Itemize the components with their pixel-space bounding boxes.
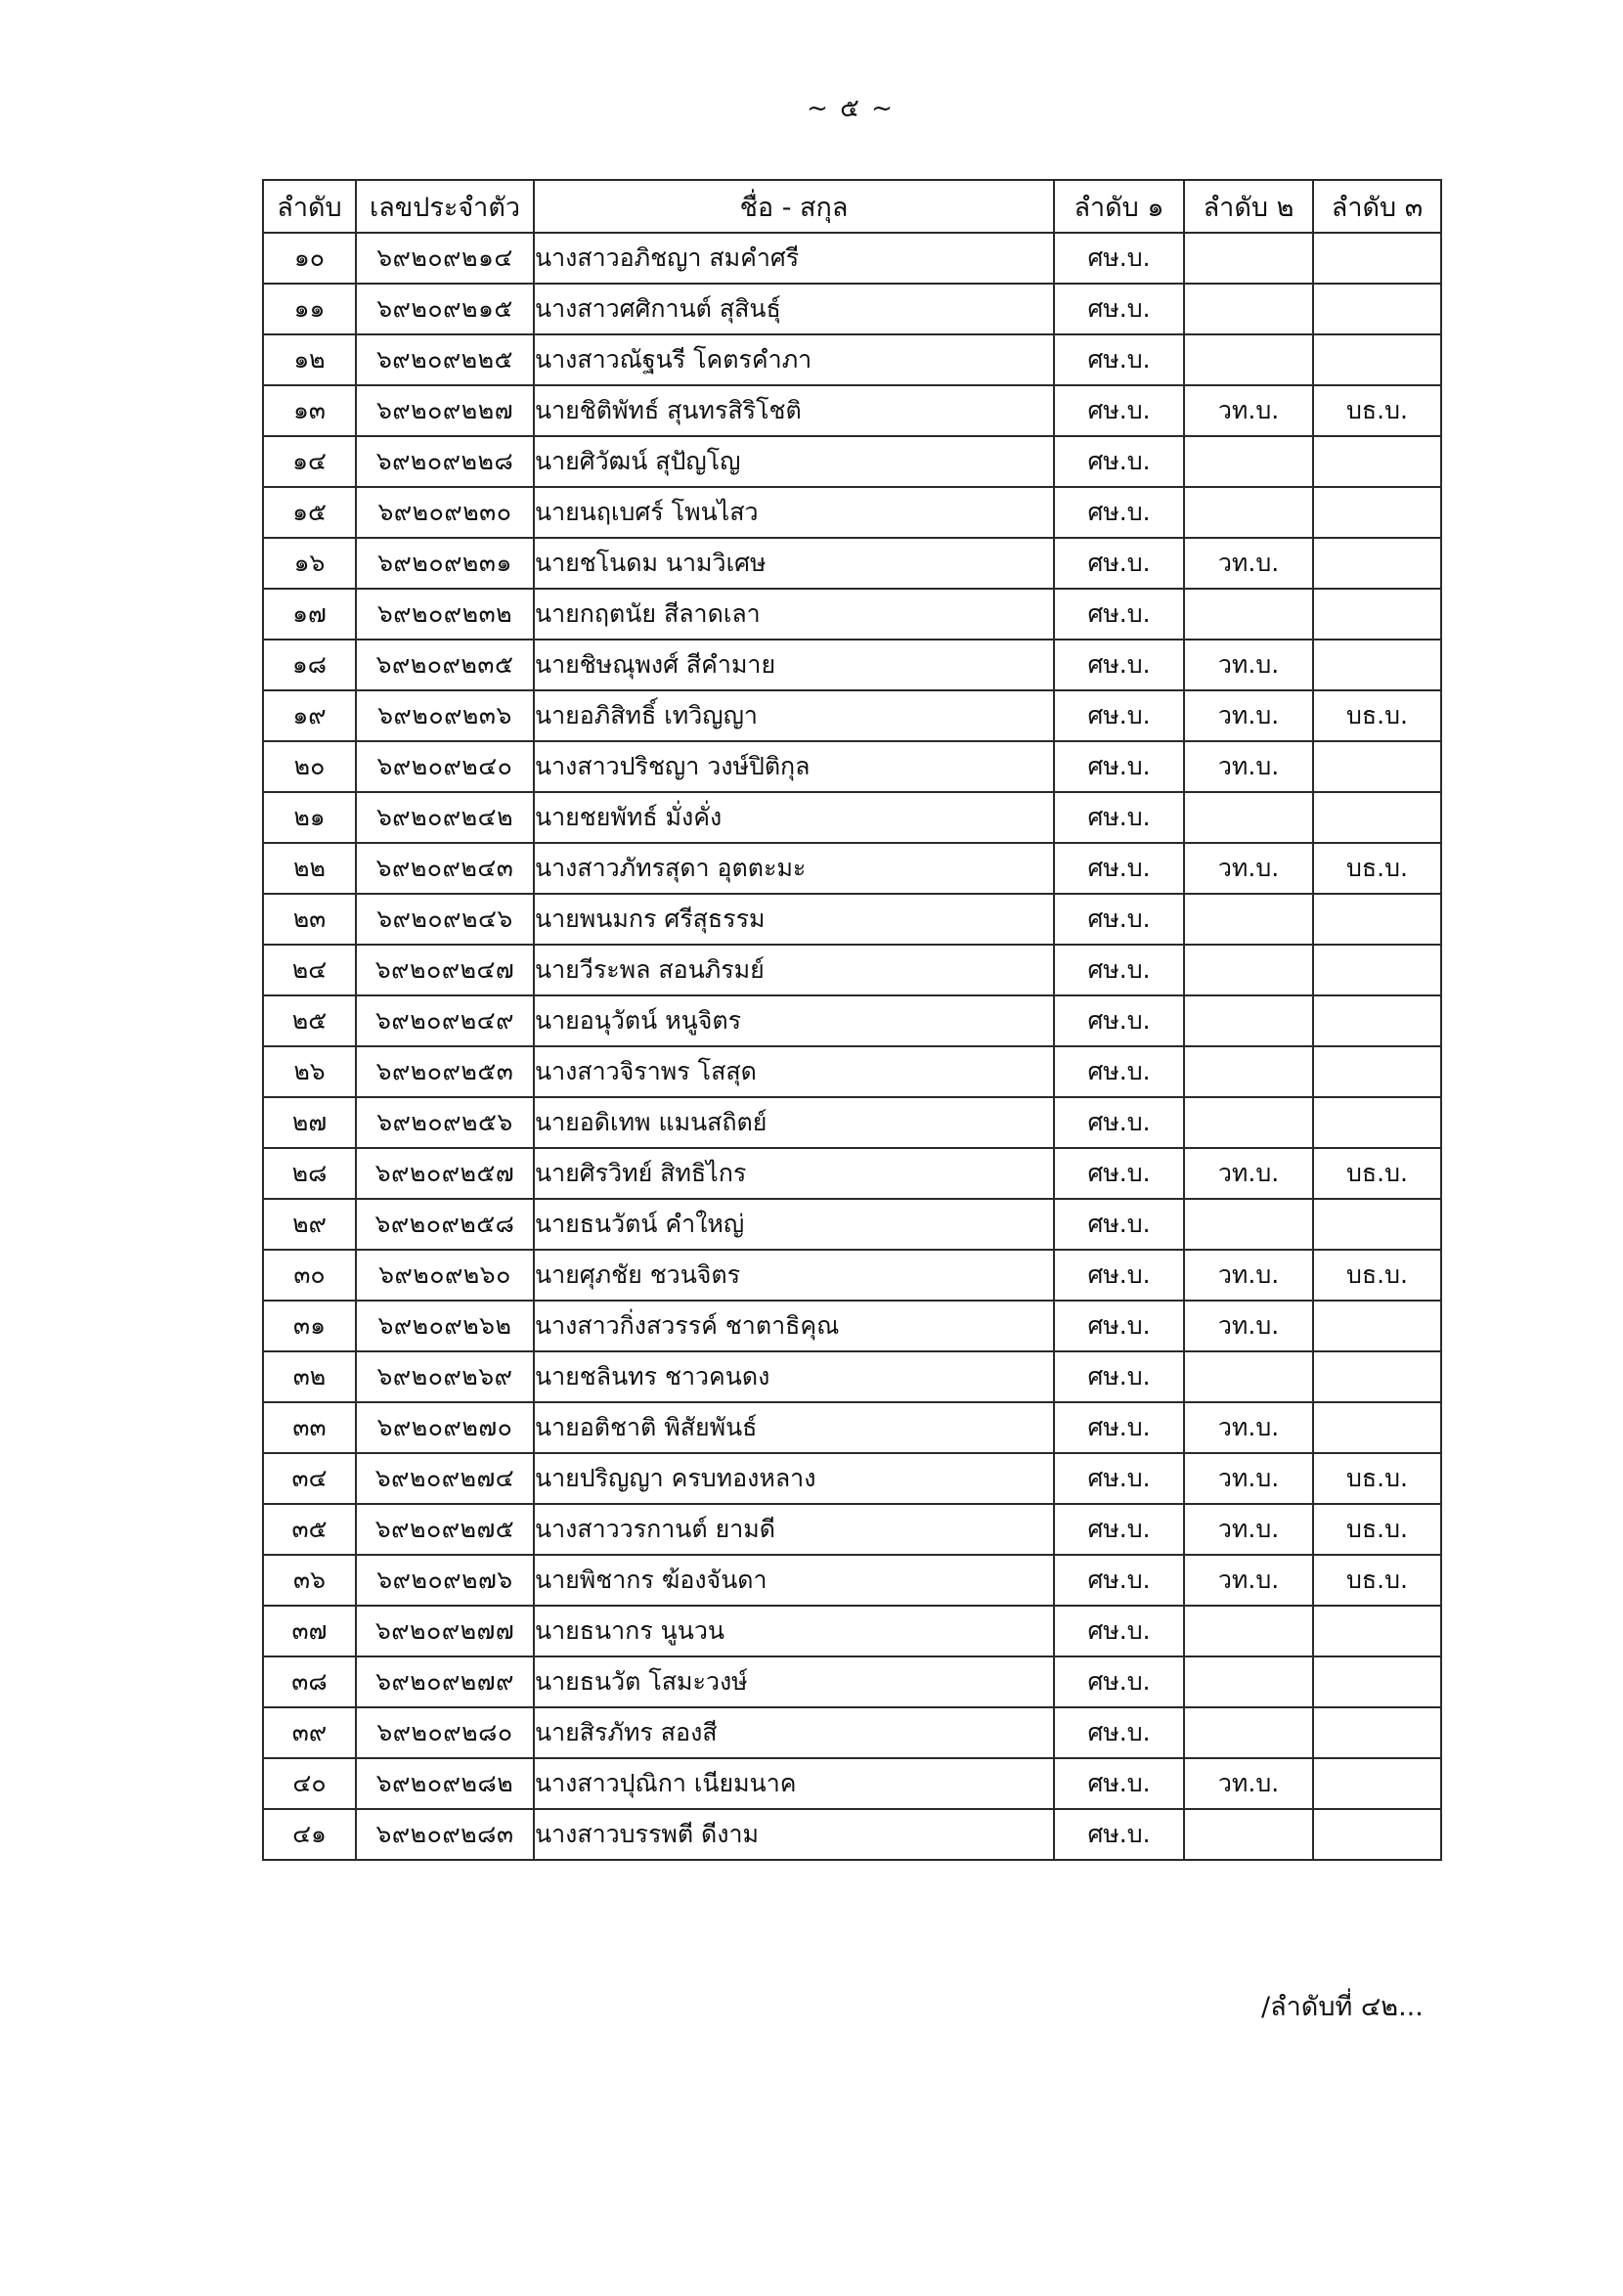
cell-rank-2 [1184, 894, 1313, 945]
cell-student-id: ๖๙๒๐๙๒๘๓ [356, 1809, 534, 1860]
cell-rank-2 [1184, 233, 1313, 284]
cell-rank-1: ศษ.บ. [1054, 1656, 1184, 1707]
header-student-id: เลขประจำตัว [356, 180, 534, 233]
table-row: ๒๔๖๙๒๐๙๒๔๗นายวีระพล สอนภิรมย์ศษ.บ. [263, 945, 1441, 995]
cell-rank-1: ศษ.บ. [1054, 1351, 1184, 1402]
cell-rank-1: ศษ.บ. [1054, 995, 1184, 1046]
cell-full-name: นายพิชากร ฆ้องจันดา [534, 1555, 1054, 1606]
cell-full-name: นายศุภชัย ชวนจิตร [534, 1250, 1054, 1301]
cell-student-id: ๖๙๒๐๙๒๔๗ [356, 945, 534, 995]
cell-rank-3 [1313, 284, 1441, 334]
cell-student-id: ๖๙๒๐๙๒๓๕ [356, 640, 534, 690]
cell-rank-1: ศษ.บ. [1054, 334, 1184, 385]
cell-student-id: ๖๙๒๐๙๒๑๕ [356, 284, 534, 334]
cell-rank-3 [1313, 538, 1441, 589]
cell-order: ๓๘ [263, 1656, 356, 1707]
cell-student-id: ๖๙๒๐๙๒๔๒ [356, 792, 534, 843]
table-row: ๑๑๖๙๒๐๙๒๑๕นางสาวศศิกานต์ สุสินธุ์ศษ.บ. [263, 284, 1441, 334]
cell-rank-2: วท.บ. [1184, 538, 1313, 589]
cell-full-name: นางสาวณัฐนรี โคตรคำภา [534, 334, 1054, 385]
cell-rank-1: ศษ.บ. [1054, 589, 1184, 640]
cell-student-id: ๖๙๒๐๙๒๒๕ [356, 334, 534, 385]
cell-order: ๒๐ [263, 741, 356, 792]
cell-full-name: นางสาววรกานต์ ยามดี [534, 1504, 1054, 1555]
cell-full-name: นายอภิสิทธิ์ เทวิญญา [534, 690, 1054, 741]
cell-full-name: นางสาวภัทรสุดา อุตตะมะ [534, 843, 1054, 894]
page-number: ~ ๕ ~ [753, 88, 948, 128]
table-row: ๒๐๖๙๒๐๙๒๔๐นางสาวปริชญา วงษ์ปิติกุลศษ.บ.ว… [263, 741, 1441, 792]
cell-full-name: นายธนากร นูนวน [534, 1606, 1054, 1656]
cell-rank-1: ศษ.บ. [1054, 1148, 1184, 1199]
cell-rank-1: ศษ.บ. [1054, 284, 1184, 334]
cell-rank-2: วท.บ. [1184, 1504, 1313, 1555]
cell-rank-2 [1184, 1656, 1313, 1707]
cell-rank-2 [1184, 1809, 1313, 1860]
cell-student-id: ๖๙๒๐๙๒๕๖ [356, 1097, 534, 1148]
cell-student-id: ๖๙๒๐๙๒๔๓ [356, 843, 534, 894]
cell-order: ๓๒ [263, 1351, 356, 1402]
cell-order: ๓๙ [263, 1707, 356, 1758]
cell-order: ๓๕ [263, 1504, 356, 1555]
table-row: ๔๑๖๙๒๐๙๒๘๓นางสาวบรรพตี ดีงามศษ.บ. [263, 1809, 1441, 1860]
cell-rank-2 [1184, 1707, 1313, 1758]
cell-rank-3 [1313, 1656, 1441, 1707]
cell-rank-2 [1184, 334, 1313, 385]
cell-student-id: ๖๙๒๐๙๒๕๓ [356, 1046, 534, 1097]
cell-rank-1: ศษ.บ. [1054, 945, 1184, 995]
table-row: ๒๖๖๙๒๐๙๒๕๓นางสาวจิราพร โสสุดศษ.บ. [263, 1046, 1441, 1097]
cell-rank-1: ศษ.บ. [1054, 894, 1184, 945]
cell-rank-3 [1313, 589, 1441, 640]
cell-student-id: ๖๙๒๐๙๒๔๙ [356, 995, 534, 1046]
table-row: ๒๑๖๙๒๐๙๒๔๒นายชยพัทธ์ มั่งคั่งศษ.บ. [263, 792, 1441, 843]
table-row: ๑๒๖๙๒๐๙๒๒๕นางสาวณัฐนรี โคตรคำภาศษ.บ. [263, 334, 1441, 385]
header-full-name: ชื่อ - สกุล [534, 180, 1054, 233]
student-roster-table: ลำดับ เลขประจำตัว ชื่อ - สกุล ลำดับ ๑ ลำ… [262, 179, 1442, 1861]
cell-order: ๓๗ [263, 1606, 356, 1656]
cell-rank-3 [1313, 1707, 1441, 1758]
cell-rank-1: ศษ.บ. [1054, 1758, 1184, 1809]
cell-student-id: ๖๙๒๐๙๒๖๐ [356, 1250, 534, 1301]
cell-student-id: ๖๙๒๐๙๒๖๒ [356, 1301, 534, 1351]
header-row: ลำดับ เลขประจำตัว ชื่อ - สกุล ลำดับ ๑ ลำ… [263, 180, 1441, 233]
cell-rank-2 [1184, 945, 1313, 995]
cell-student-id: ๖๙๒๐๙๒๒๘ [356, 436, 534, 487]
cell-full-name: นายกฤตนัย สีลาดเลา [534, 589, 1054, 640]
cell-order: ๓๓ [263, 1402, 356, 1453]
cell-rank-2: วท.บ. [1184, 1250, 1313, 1301]
cell-full-name: นายอติชาติ พิสัยพันธ์ [534, 1402, 1054, 1453]
cell-rank-1: ศษ.บ. [1054, 1555, 1184, 1606]
cell-full-name: นายอดิเทพ แมนสถิตย์ [534, 1097, 1054, 1148]
cell-rank-1: ศษ.บ. [1054, 233, 1184, 284]
cell-order: ๒๙ [263, 1199, 356, 1250]
cell-order: ๒๕ [263, 995, 356, 1046]
cell-rank-3 [1313, 1809, 1441, 1860]
cell-order: ๑๕ [263, 487, 356, 538]
cell-full-name: นายชยพัทธ์ มั่งคั่ง [534, 792, 1054, 843]
cell-student-id: ๖๙๒๐๙๒๘๐ [356, 1707, 534, 1758]
cell-rank-3 [1313, 1402, 1441, 1453]
cell-rank-3 [1313, 1758, 1441, 1809]
cell-order: ๒๔ [263, 945, 356, 995]
cell-rank-3 [1313, 640, 1441, 690]
cell-student-id: ๖๙๒๐๙๒๑๔ [356, 233, 534, 284]
cell-rank-2: วท.บ. [1184, 1758, 1313, 1809]
table-row: ๔๐๖๙๒๐๙๒๘๒นางสาวปุณิกา เนียมนาคศษ.บ.วท.บ… [263, 1758, 1441, 1809]
cell-order: ๒๖ [263, 1046, 356, 1097]
cell-rank-3: บธ.บ. [1313, 1555, 1441, 1606]
table-row: ๒๓๖๙๒๐๙๒๔๖นายพนมกร ศรีสุธรรมศษ.บ. [263, 894, 1441, 945]
table-row: ๓๔๖๙๒๐๙๒๗๔นายปริญญา ครบทองหลางศษ.บ.วท.บ.… [263, 1453, 1441, 1504]
cell-rank-2: วท.บ. [1184, 1555, 1313, 1606]
cell-full-name: นายอนุวัตน์ หนูจิตร [534, 995, 1054, 1046]
cell-rank-1: ศษ.บ. [1054, 538, 1184, 589]
table-row: ๓๖๖๙๒๐๙๒๗๖นายพิชากร ฆ้องจันดาศษ.บ.วท.บ.บ… [263, 1555, 1441, 1606]
table-row: ๓๘๖๙๒๐๙๒๗๙นายธนวัต โสมะวงษ์ศษ.บ. [263, 1656, 1441, 1707]
cell-order: ๔๐ [263, 1758, 356, 1809]
cell-rank-1: ศษ.บ. [1054, 436, 1184, 487]
cell-rank-3 [1313, 894, 1441, 945]
cell-rank-2: วท.บ. [1184, 690, 1313, 741]
cell-full-name: นางสาวกิ่งสวรรค์ ชาตาธิคุณ [534, 1301, 1054, 1351]
cell-rank-3 [1313, 1199, 1441, 1250]
cell-full-name: นายศิวัฒน์ สุปัญโญ [534, 436, 1054, 487]
cell-order: ๒๘ [263, 1148, 356, 1199]
cell-rank-2 [1184, 1606, 1313, 1656]
cell-rank-1: ศษ.บ. [1054, 690, 1184, 741]
cell-order: ๒๓ [263, 894, 356, 945]
table-row: ๒๕๖๙๒๐๙๒๔๙นายอนุวัตน์ หนูจิตรศษ.บ. [263, 995, 1441, 1046]
cell-order: ๓๑ [263, 1301, 356, 1351]
cell-rank-2 [1184, 995, 1313, 1046]
cell-rank-3: บธ.บ. [1313, 690, 1441, 741]
cell-student-id: ๖๙๒๐๙๒๘๒ [356, 1758, 534, 1809]
cell-order: ๔๑ [263, 1809, 356, 1860]
cell-student-id: ๖๙๒๐๙๒๗๐ [356, 1402, 534, 1453]
cell-rank-1: ศษ.บ. [1054, 1199, 1184, 1250]
header-rank-2: ลำดับ ๒ [1184, 180, 1313, 233]
cell-rank-3 [1313, 233, 1441, 284]
cell-rank-2 [1184, 1351, 1313, 1402]
cell-rank-3 [1313, 1301, 1441, 1351]
cell-full-name: นายชิษณุพงศ์ สีคำมาย [534, 640, 1054, 690]
cell-rank-2: วท.บ. [1184, 385, 1313, 436]
cell-rank-1: ศษ.บ. [1054, 1707, 1184, 1758]
cell-rank-2 [1184, 487, 1313, 538]
cell-full-name: นางสาวจิราพร โสสุด [534, 1046, 1054, 1097]
table-row: ๑๗๖๙๒๐๙๒๓๒นายกฤตนัย สีลาดเลาศษ.บ. [263, 589, 1441, 640]
cell-order: ๑๐ [263, 233, 356, 284]
cell-student-id: ๖๙๒๐๙๒๕๗ [356, 1148, 534, 1199]
cell-order: ๑๓ [263, 385, 356, 436]
cell-rank-1: ศษ.บ. [1054, 1301, 1184, 1351]
cell-student-id: ๖๙๒๐๙๒๗๔ [356, 1453, 534, 1504]
header-rank-1: ลำดับ ๑ [1054, 180, 1184, 233]
cell-full-name: นายพนมกร ศรีสุธรรม [534, 894, 1054, 945]
cell-rank-2 [1184, 589, 1313, 640]
cell-rank-2: วท.บ. [1184, 1453, 1313, 1504]
cell-student-id: ๖๙๒๐๙๒๒๗ [356, 385, 534, 436]
cell-order: ๑๑ [263, 284, 356, 334]
cell-order: ๑๙ [263, 690, 356, 741]
header-order: ลำดับ [263, 180, 356, 233]
cell-order: ๓๐ [263, 1250, 356, 1301]
cell-rank-3 [1313, 1046, 1441, 1097]
cell-full-name: นายนฤเบศร์ โพนไสว [534, 487, 1054, 538]
table-row: ๒๒๖๙๒๐๙๒๔๓นางสาวภัทรสุดา อุตตะมะศษ.บ.วท.… [263, 843, 1441, 894]
table-row: ๑๘๖๙๒๐๙๒๓๕นายชิษณุพงศ์ สีคำมายศษ.บ.วท.บ. [263, 640, 1441, 690]
cell-order: ๒๗ [263, 1097, 356, 1148]
cell-rank-3: บธ.บ. [1313, 1250, 1441, 1301]
table-row: ๓๐๖๙๒๐๙๒๖๐นายศุภชัย ชวนจิตรศษ.บ.วท.บ.บธ.… [263, 1250, 1441, 1301]
cell-rank-1: ศษ.บ. [1054, 1809, 1184, 1860]
cell-order: ๑๗ [263, 589, 356, 640]
table-row: ๒๗๖๙๒๐๙๒๕๖นายอดิเทพ แมนสถิตย์ศษ.บ. [263, 1097, 1441, 1148]
cell-full-name: นางสาวปริชญา วงษ์ปิติกุล [534, 741, 1054, 792]
cell-order: ๑๔ [263, 436, 356, 487]
cell-rank-2 [1184, 1046, 1313, 1097]
cell-full-name: นางสาวศศิกานต์ สุสินธุ์ [534, 284, 1054, 334]
cell-rank-3 [1313, 792, 1441, 843]
cell-full-name: นางสาวอภิชญา สมคำศรี [534, 233, 1054, 284]
table-row: ๓๓๖๙๒๐๙๒๗๐นายอติชาติ พิสัยพันธ์ศษ.บ.วท.บ… [263, 1402, 1441, 1453]
cell-rank-1: ศษ.บ. [1054, 1453, 1184, 1504]
cell-rank-3 [1313, 1097, 1441, 1148]
cell-student-id: ๖๙๒๐๙๒๓๐ [356, 487, 534, 538]
cell-full-name: นายสิรภัทร สองสี [534, 1707, 1054, 1758]
cell-rank-1: ศษ.บ. [1054, 1606, 1184, 1656]
table-row: ๒๘๖๙๒๐๙๒๕๗นายศิรวิทย์ สิทธิไกรศษ.บ.วท.บ.… [263, 1148, 1441, 1199]
cell-order: ๑๒ [263, 334, 356, 385]
table-row: ๑๔๖๙๒๐๙๒๒๘นายศิวัฒน์ สุปัญโญศษ.บ. [263, 436, 1441, 487]
table-row: ๓๑๖๙๒๐๙๒๖๒นางสาวกิ่งสวรรค์ ชาตาธิคุณศษ.บ… [263, 1301, 1441, 1351]
header-rank-3: ลำดับ ๓ [1313, 180, 1441, 233]
cell-student-id: ๖๙๒๐๙๒๔๐ [356, 741, 534, 792]
cell-student-id: ๖๙๒๐๙๒๗๕ [356, 1504, 534, 1555]
cell-full-name: นายธนวัต โสมะวงษ์ [534, 1656, 1054, 1707]
cell-rank-3 [1313, 436, 1441, 487]
table-body: ๑๐๖๙๒๐๙๒๑๔นางสาวอภิชญา สมคำศรีศษ.บ.๑๑๖๙๒… [263, 233, 1441, 1860]
cell-full-name: นายชลินทร ชาวคนดง [534, 1351, 1054, 1402]
cell-rank-2: วท.บ. [1184, 1402, 1313, 1453]
cell-rank-3: บธ.บ. [1313, 1504, 1441, 1555]
cell-student-id: ๖๙๒๐๙๒๕๘ [356, 1199, 534, 1250]
cell-rank-1: ศษ.บ. [1054, 792, 1184, 843]
cell-rank-3: บธ.บ. [1313, 1148, 1441, 1199]
cell-student-id: ๖๙๒๐๙๒๗๖ [356, 1555, 534, 1606]
cell-student-id: ๖๙๒๐๙๒๗๗ [356, 1606, 534, 1656]
cell-rank-1: ศษ.บ. [1054, 741, 1184, 792]
table-row: ๓๙๖๙๒๐๙๒๘๐นายสิรภัทร สองสีศษ.บ. [263, 1707, 1441, 1758]
table-row: ๑๓๖๙๒๐๙๒๒๗นายชิติพัทธ์ สุนทรสิริโชติศษ.บ… [263, 385, 1441, 436]
cell-full-name: นายปริญญา ครบทองหลาง [534, 1453, 1054, 1504]
cell-rank-3 [1313, 995, 1441, 1046]
cell-student-id: ๖๙๒๐๙๒๓๖ [356, 690, 534, 741]
table-row: ๑๖๖๙๒๐๙๒๓๑นายชโนดม นามวิเศษศษ.บ.วท.บ. [263, 538, 1441, 589]
cell-rank-3: บธ.บ. [1313, 385, 1441, 436]
table-row: ๓๕๖๙๒๐๙๒๗๕นางสาววรกานต์ ยามดีศษ.บ.วท.บ.บ… [263, 1504, 1441, 1555]
cell-full-name: นายวีระพล สอนภิรมย์ [534, 945, 1054, 995]
cell-rank-2 [1184, 792, 1313, 843]
cell-rank-3 [1313, 945, 1441, 995]
cell-full-name: นางสาวบรรพตี ดีงาม [534, 1809, 1054, 1860]
cell-order: ๒๒ [263, 843, 356, 894]
cell-rank-2: วท.บ. [1184, 843, 1313, 894]
cell-rank-3 [1313, 334, 1441, 385]
cell-full-name: นายชโนดม นามวิเศษ [534, 538, 1054, 589]
continuation-note: /ลำดับที่ ๔๒... [1261, 1985, 1424, 2027]
cell-rank-3: บธ.บ. [1313, 843, 1441, 894]
cell-full-name: นายชิติพัทธ์ สุนทรสิริโชติ [534, 385, 1054, 436]
cell-rank-3 [1313, 1606, 1441, 1656]
cell-order: ๓๖ [263, 1555, 356, 1606]
cell-rank-2: วท.บ. [1184, 640, 1313, 690]
cell-rank-1: ศษ.บ. [1054, 1250, 1184, 1301]
cell-order: ๑๖ [263, 538, 356, 589]
cell-rank-1: ศษ.บ. [1054, 385, 1184, 436]
cell-rank-1: ศษ.บ. [1054, 640, 1184, 690]
cell-rank-2: วท.บ. [1184, 741, 1313, 792]
cell-rank-3: บธ.บ. [1313, 1453, 1441, 1504]
table-row: ๑๙๖๙๒๐๙๒๓๖นายอภิสิทธิ์ เทวิญญาศษ.บ.วท.บ.… [263, 690, 1441, 741]
cell-student-id: ๖๙๒๐๙๒๓๑ [356, 538, 534, 589]
cell-rank-1: ศษ.บ. [1054, 1097, 1184, 1148]
cell-full-name: นางสาวปุณิกา เนียมนาค [534, 1758, 1054, 1809]
cell-rank-3 [1313, 487, 1441, 538]
cell-student-id: ๖๙๒๐๙๒๗๙ [356, 1656, 534, 1707]
cell-order: ๑๘ [263, 640, 356, 690]
cell-full-name: นายธนวัตน์ คำใหญ่ [534, 1199, 1054, 1250]
cell-rank-2 [1184, 284, 1313, 334]
cell-rank-2 [1184, 436, 1313, 487]
cell-rank-2 [1184, 1199, 1313, 1250]
table-header: ลำดับ เลขประจำตัว ชื่อ - สกุล ลำดับ ๑ ลำ… [263, 180, 1441, 233]
cell-rank-1: ศษ.บ. [1054, 1504, 1184, 1555]
table-row: ๓๒๖๙๒๐๙๒๖๙นายชลินทร ชาวคนดงศษ.บ. [263, 1351, 1441, 1402]
cell-rank-1: ศษ.บ. [1054, 843, 1184, 894]
cell-rank-1: ศษ.บ. [1054, 487, 1184, 538]
cell-rank-2: วท.บ. [1184, 1301, 1313, 1351]
cell-order: ๓๔ [263, 1453, 356, 1504]
cell-rank-3 [1313, 1351, 1441, 1402]
cell-full-name: นายศิรวิทย์ สิทธิไกร [534, 1148, 1054, 1199]
table-row: ๑๐๖๙๒๐๙๒๑๔นางสาวอภิชญา สมคำศรีศษ.บ. [263, 233, 1441, 284]
cell-rank-2: วท.บ. [1184, 1148, 1313, 1199]
cell-order: ๒๑ [263, 792, 356, 843]
cell-rank-3 [1313, 741, 1441, 792]
cell-rank-1: ศษ.บ. [1054, 1402, 1184, 1453]
cell-rank-2 [1184, 1097, 1313, 1148]
cell-student-id: ๖๙๒๐๙๒๔๖ [356, 894, 534, 945]
cell-student-id: ๖๙๒๐๙๒๓๒ [356, 589, 534, 640]
cell-rank-1: ศษ.บ. [1054, 1046, 1184, 1097]
table-row: ๒๙๖๙๒๐๙๒๕๘นายธนวัตน์ คำใหญ่ศษ.บ. [263, 1199, 1441, 1250]
cell-student-id: ๖๙๒๐๙๒๖๙ [356, 1351, 534, 1402]
table-row: ๓๗๖๙๒๐๙๒๗๗นายธนากร นูนวนศษ.บ. [263, 1606, 1441, 1656]
table-row: ๑๕๖๙๒๐๙๒๓๐นายนฤเบศร์ โพนไสวศษ.บ. [263, 487, 1441, 538]
